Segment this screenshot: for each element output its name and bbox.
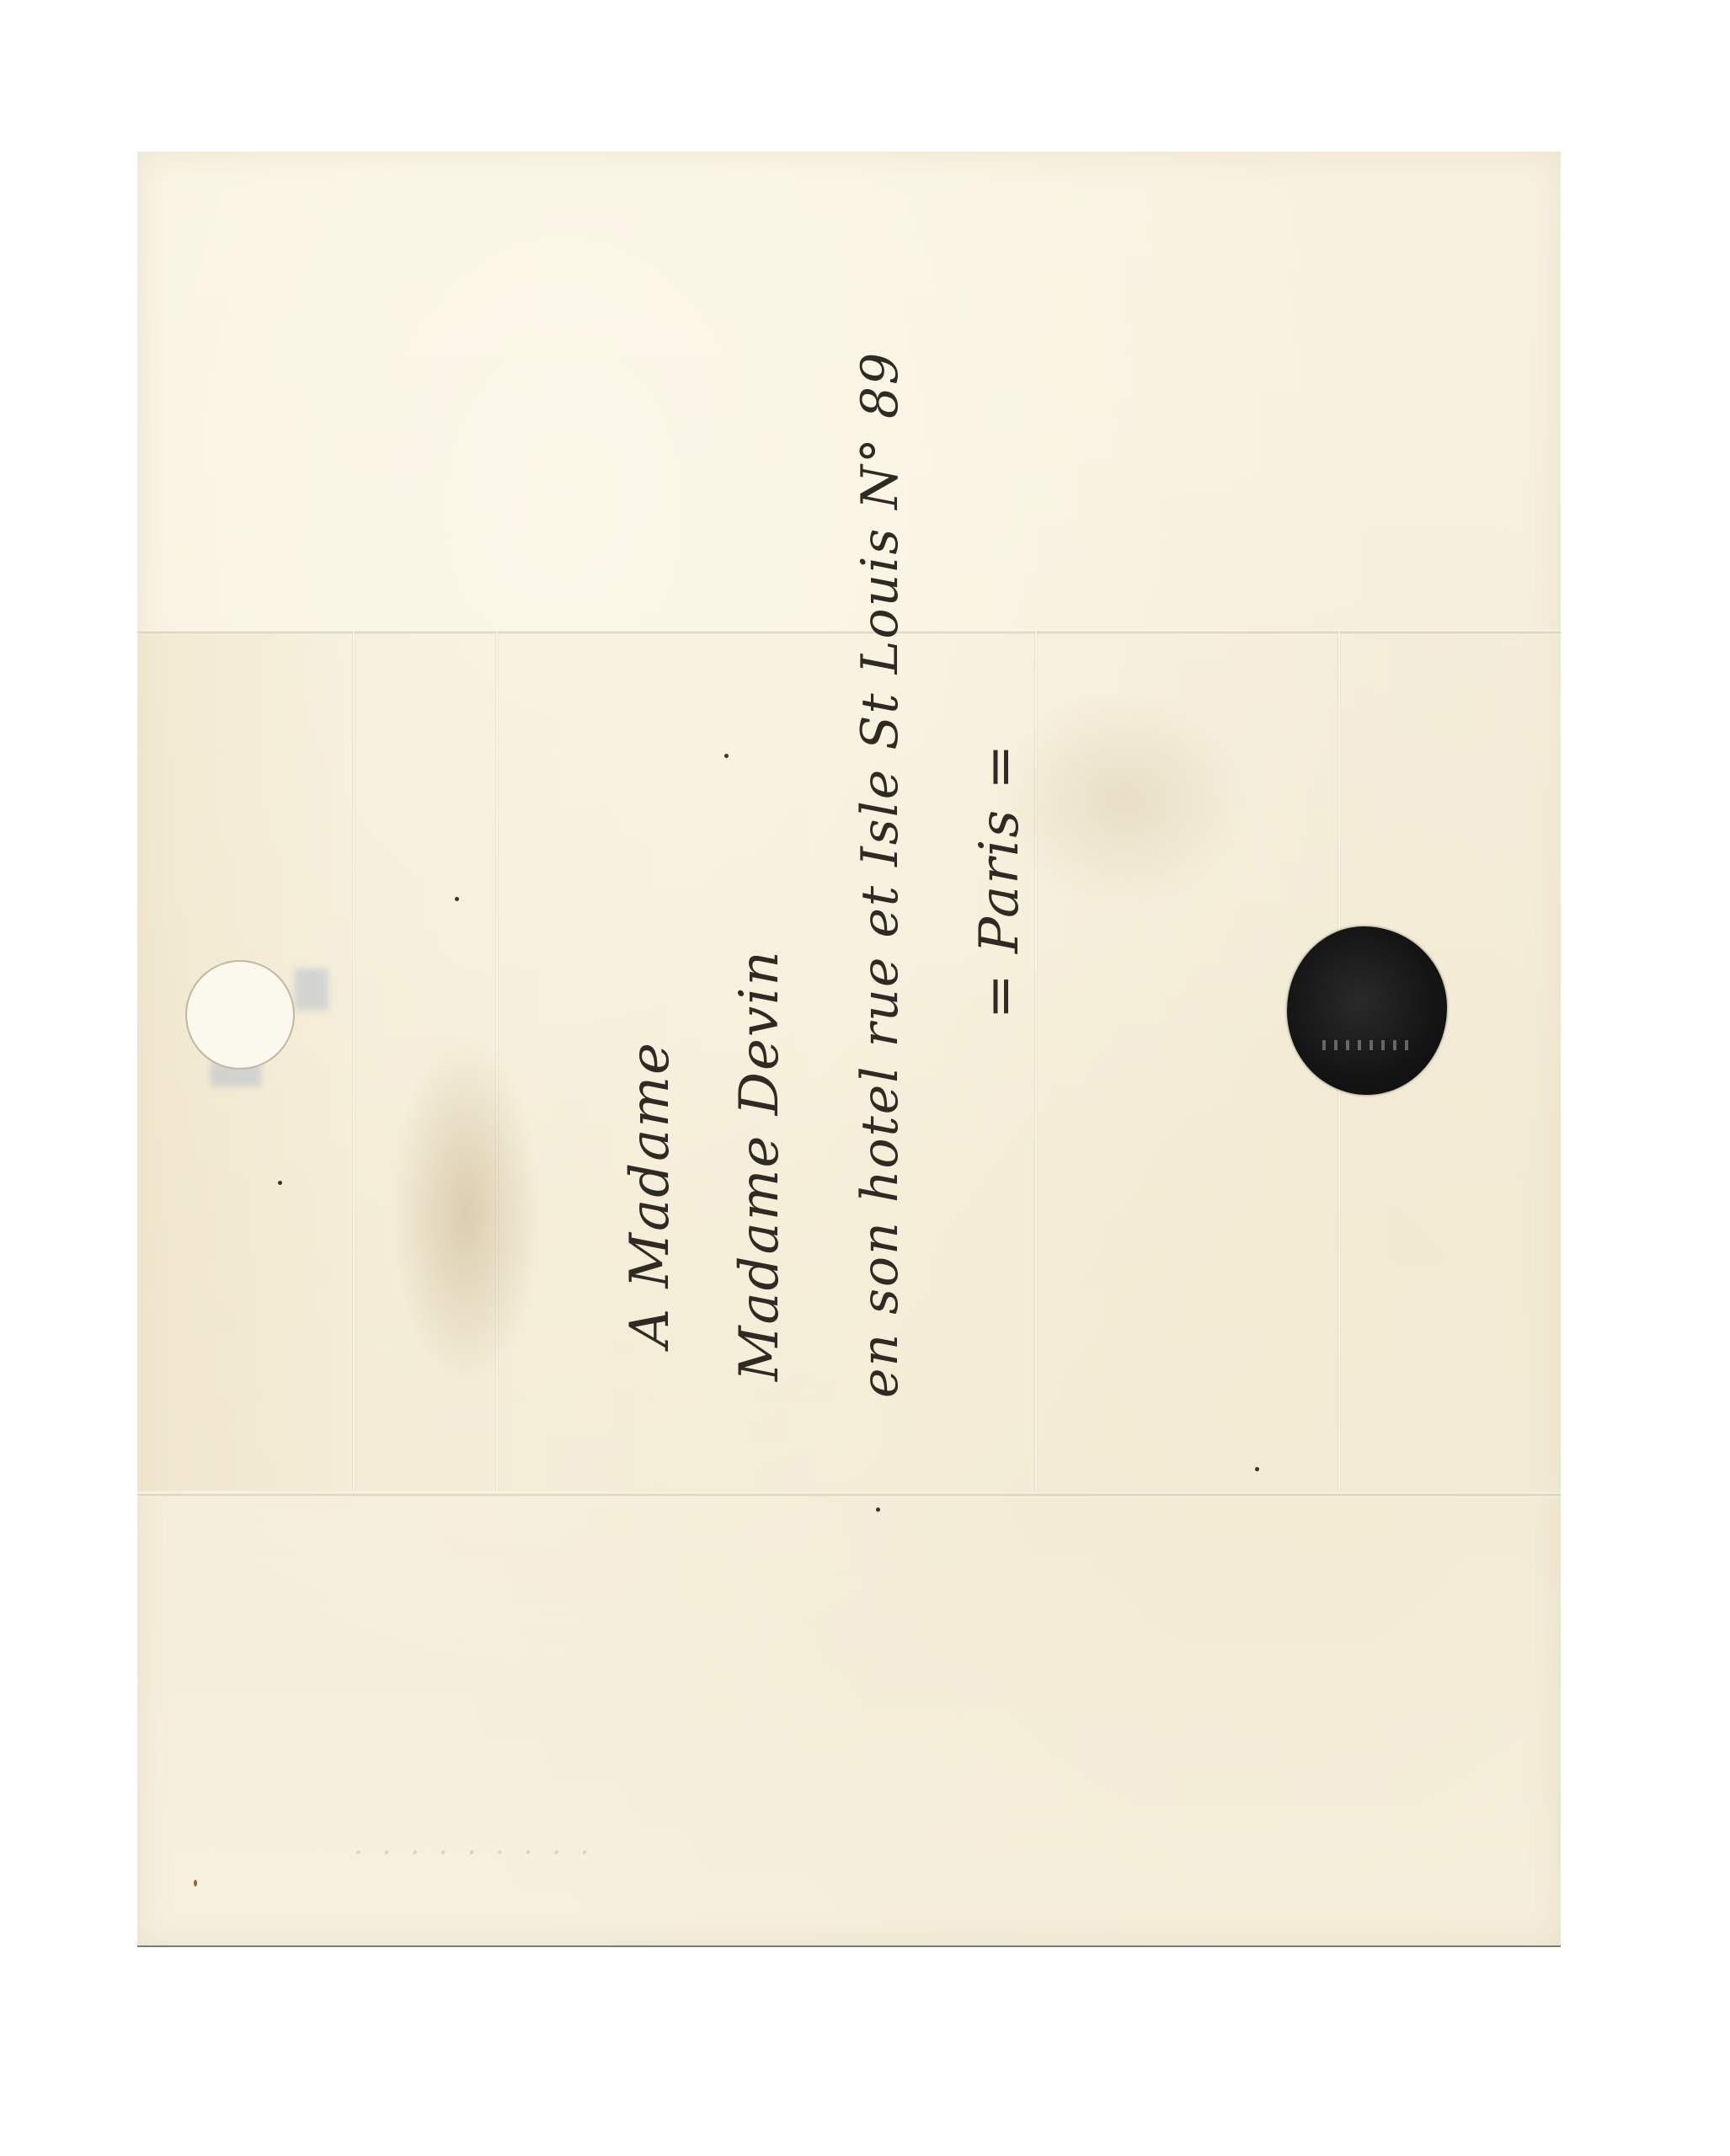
ink-speck	[1255, 1467, 1259, 1471]
address-block: A Madame Madame Devin en son hotel rue e…	[590, 657, 1061, 1415]
ink-speck	[876, 1508, 880, 1512]
fold-line-top	[137, 630, 1561, 635]
bleed-through-text: · · · · · · · · ·	[354, 1836, 1280, 1886]
address-line-recipient: Madame Devin	[729, 949, 791, 1381]
address-line-salutation: A Madame	[619, 1041, 681, 1347]
ink-speck	[455, 897, 459, 901]
fold-line-bottom	[137, 1492, 1561, 1497]
seal-texture	[1322, 1040, 1415, 1050]
address-line-street: en son hotel rue et Isle St Louis N° 89	[851, 351, 910, 1398]
fold-line-vertical	[352, 632, 355, 1491]
ink-speck	[194, 1880, 197, 1886]
ink-speck	[278, 1181, 282, 1185]
age-stain	[390, 1036, 542, 1390]
address-line-city: = Paris =	[969, 743, 1031, 1019]
wax-seal-icon	[1287, 926, 1447, 1095]
ink-speck	[724, 754, 729, 758]
circular-cutout	[185, 960, 295, 1070]
faded-blue-mark	[295, 969, 328, 1011]
